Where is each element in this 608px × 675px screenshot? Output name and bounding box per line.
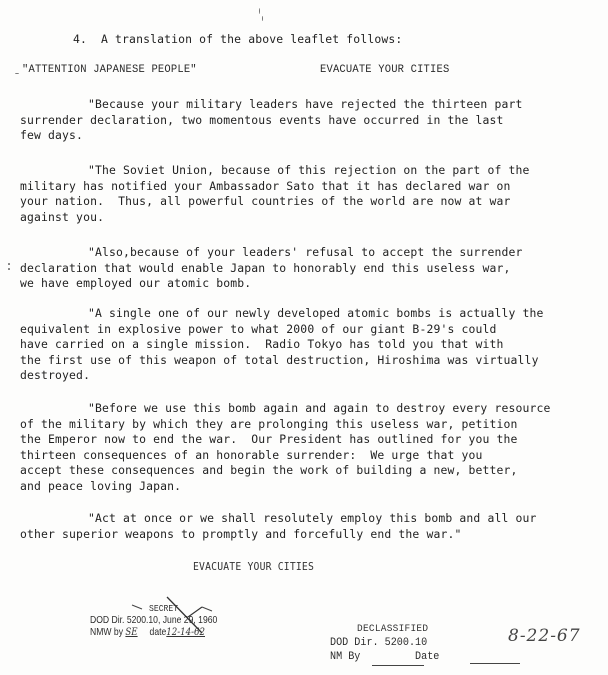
secret-stamp-directive: DOD Dir. 5200.10, June 29, 1960 <box>90 614 217 626</box>
closing-line: EVACUATE YOUR CITIES <box>193 561 314 573</box>
scan-mark <box>8 268 10 270</box>
secret-stamp-signoff: NMW by SE date12-14-62 <box>90 626 205 638</box>
paragraph-line: declaration that would enable Japan to h… <box>20 261 595 277</box>
scan-mark <box>262 16 263 21</box>
leaflet-heading: "ATTENTION JAPANESE PEOPLE" <box>22 64 197 76</box>
paragraph-6: "Act at once or we shall resolutely empl… <box>20 511 595 542</box>
paragraph-line: destroyed. <box>20 368 595 384</box>
paragraph-2: "The Soviet Union, because of this rejec… <box>20 163 595 225</box>
paragraph-line: few days. <box>20 128 595 144</box>
scan-mark <box>8 263 10 265</box>
paragraph-line: "Act at once or we shall resolutely empl… <box>20 511 595 527</box>
paragraph-line: we have employed our atomic bomb. <box>20 276 595 292</box>
declassified-date-value: 8-22-67 <box>508 626 581 646</box>
paragraph-line: accept these consequences and begin the … <box>20 463 595 479</box>
paragraph-line: against you. <box>20 210 595 226</box>
paragraph-line: thirteen consequences of an honorable su… <box>20 448 595 464</box>
paragraph-line: other superior weapons to promptly and f… <box>20 527 595 543</box>
paragraph-line: surrender declaration, two momentous eve… <box>20 113 595 129</box>
secret-date-label: date <box>150 626 167 638</box>
paragraph-line: have carried on a single mission. Radio … <box>20 337 595 353</box>
paragraph-line: "A single one of our newly developed ato… <box>20 306 595 322</box>
secret-by-label: NMW by <box>90 626 123 638</box>
scan-mark <box>259 8 260 14</box>
paragraph-line: the Emperor now to end the war. Our Pres… <box>20 432 595 448</box>
paragraph-line: your nation. Thus, all powerful countrie… <box>20 194 595 210</box>
leaflet-subheading: EVACUATE YOUR CITIES <box>320 64 449 76</box>
paragraph-line: of the military by which they are prolon… <box>20 417 595 433</box>
paragraph-1: "Because your military leaders have reje… <box>20 97 595 144</box>
declassified-stamp-signoff: NM By Date <box>330 651 439 663</box>
secret-stamp: SECRET DOD Dir. 5200.10, June 29, 1960 N… <box>90 603 300 673</box>
paragraph-line: military has notified your Ambassador Sa… <box>20 179 595 195</box>
secret-by-initials: SE <box>125 626 137 638</box>
paragraph-line: "Because your military leaders have reje… <box>20 97 595 113</box>
intro-line: 4. A translation of the above leaflet fo… <box>73 32 402 47</box>
paragraph-line: and peace loving Japan. <box>20 479 595 495</box>
declassified-date-label: Date <box>415 651 439 663</box>
paragraph-4: "A single one of our newly developed ato… <box>20 306 595 384</box>
date-line <box>470 663 520 664</box>
secret-stamp-title: SECRET <box>149 603 178 614</box>
paragraph-line: equivalent in explosive power to what 20… <box>20 322 595 338</box>
declassified-by-label: NM By <box>330 651 360 663</box>
paragraph-line: "Also,because of your leaders' refusal t… <box>20 245 595 261</box>
scan-mark <box>15 73 19 74</box>
declassified-stamp-directive: DOD Dir. 5200.10 <box>330 637 427 649</box>
paragraph-line: "The Soviet Union, because of this rejec… <box>20 163 595 179</box>
secret-date-value: 12-14-62 <box>166 626 205 638</box>
paragraph-line: the first use of this weapon of total de… <box>20 353 595 369</box>
signature-line <box>372 665 424 666</box>
declassified-stamp: DECLASSIFIED DOD Dir. 5200.10 NM By Date… <box>330 623 608 675</box>
paragraph-line: "Before we use this bomb again and again… <box>20 401 595 417</box>
paragraph-5: "Before we use this bomb again and again… <box>20 401 595 494</box>
paragraph-3: "Also,because of your leaders' refusal t… <box>20 245 595 292</box>
document-page: 4. A translation of the above leaflet fo… <box>0 0 608 675</box>
declassified-stamp-title: DECLASSIFIED <box>357 623 428 635</box>
